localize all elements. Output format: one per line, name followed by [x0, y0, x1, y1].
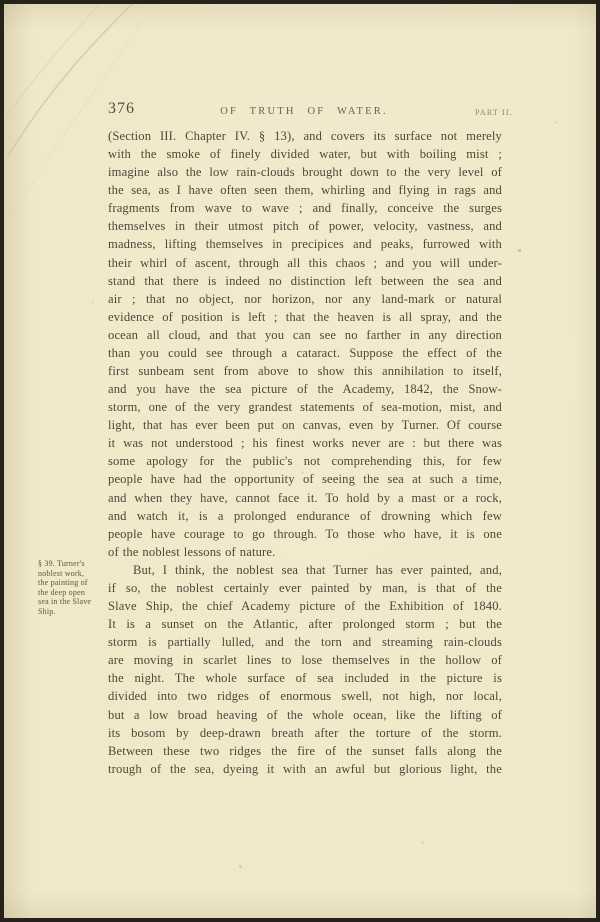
text-line: But, I think, the noblest sea that Turne… [108, 561, 502, 579]
text-line: Between these two ridges the fire of the… [108, 742, 502, 760]
sidenote: § 39. Turner'snoblest work,the painting … [38, 559, 110, 616]
text-line: and watch it, is a prolonged endurance o… [108, 507, 502, 525]
text-line: Slave Ship, the chief Academy picture of… [108, 597, 502, 615]
text-line: are moving in scarlet lines to lose them… [108, 651, 502, 669]
text-line: ocean all cloud, and that you can see no… [108, 326, 502, 344]
text-line: first sunbeam sent from above to show th… [108, 362, 502, 380]
text-line: people have had the opportunity of seein… [108, 470, 502, 488]
body-text: (Section III. Chapter IV. § 13), and cov… [108, 127, 502, 778]
sidenote-line: the deep open [38, 588, 110, 598]
text-line: some apology for the public's not compre… [108, 452, 502, 470]
running-title: OF TRUTH OF WATER. [108, 106, 500, 117]
text-line: with the smoke of finely divided water, … [108, 145, 502, 163]
text-line: divided into two ridges of enormous swel… [108, 687, 502, 705]
text-line: (Section III. Chapter IV. § 13), and cov… [108, 127, 502, 145]
sidenote-line: Ship. [38, 607, 110, 617]
scan-border: 376 OF TRUTH OF WATER. PART II. § 39. Tu… [0, 0, 600, 922]
text-line: fragments from wave to wave ; and finall… [108, 199, 502, 217]
text-line: stand that there is indeed no distinctio… [108, 272, 502, 290]
text-line: it was not understood ; his finest works… [108, 434, 502, 452]
text-line: evidence of position is left ; that the … [108, 308, 502, 326]
text-line: storm is partially lulled, and the torn … [108, 633, 502, 651]
sidenote-line: § 39. Turner's [38, 559, 110, 569]
text-line: madness, lifting themselves in precipice… [108, 235, 502, 253]
part-label: PART II. [453, 108, 513, 117]
text-line: but a low broad heaving of the whole oce… [108, 706, 502, 724]
text-line: imagine also the low rain-clouds brought… [108, 163, 502, 181]
text-line: people have courage to go through. To th… [108, 525, 502, 543]
text-line: trough of the sea, dyeing it with an awf… [108, 760, 502, 778]
sidenote-line: sea in the Slave [38, 597, 110, 607]
text-line: and when they have, cannot face it. To h… [108, 489, 502, 507]
sidenote-line: the painting of [38, 578, 110, 588]
text-line: themselves in their utmost pitch of powe… [108, 217, 502, 235]
text-line: light, that has ever been put on canvas,… [108, 416, 502, 434]
text-line: and you have the sea picture of the Acad… [108, 380, 502, 398]
book-page: 376 OF TRUTH OF WATER. PART II. § 39. Tu… [4, 4, 596, 918]
text-line: their whirl of ascent, through all this … [108, 254, 502, 272]
text-line: than you could see through a cataract. S… [108, 344, 502, 362]
text-line: It is a sunset on the Atlantic, after pr… [108, 615, 502, 633]
text-line: of the noblest lessons of nature. [108, 543, 502, 561]
paragraph: (Section III. Chapter IV. § 13), and cov… [108, 127, 502, 561]
text-line: its bosom by deep-drawn breath after the… [108, 724, 502, 742]
text-line: the night. The whole surface of sea incl… [108, 669, 502, 687]
text-line: storm, one of the very grandest statemen… [108, 398, 502, 416]
text-line: air ; that no object, nor horizon, nor a… [108, 290, 502, 308]
text-line: if so, the noblest certainly ever painte… [108, 579, 502, 597]
paper-specks [4, 4, 5, 5]
text-line: the sea, as I have often seen them, whir… [108, 181, 502, 199]
sidenote-line: noblest work, [38, 569, 110, 579]
paragraph: But, I think, the noblest sea that Turne… [108, 561, 502, 778]
